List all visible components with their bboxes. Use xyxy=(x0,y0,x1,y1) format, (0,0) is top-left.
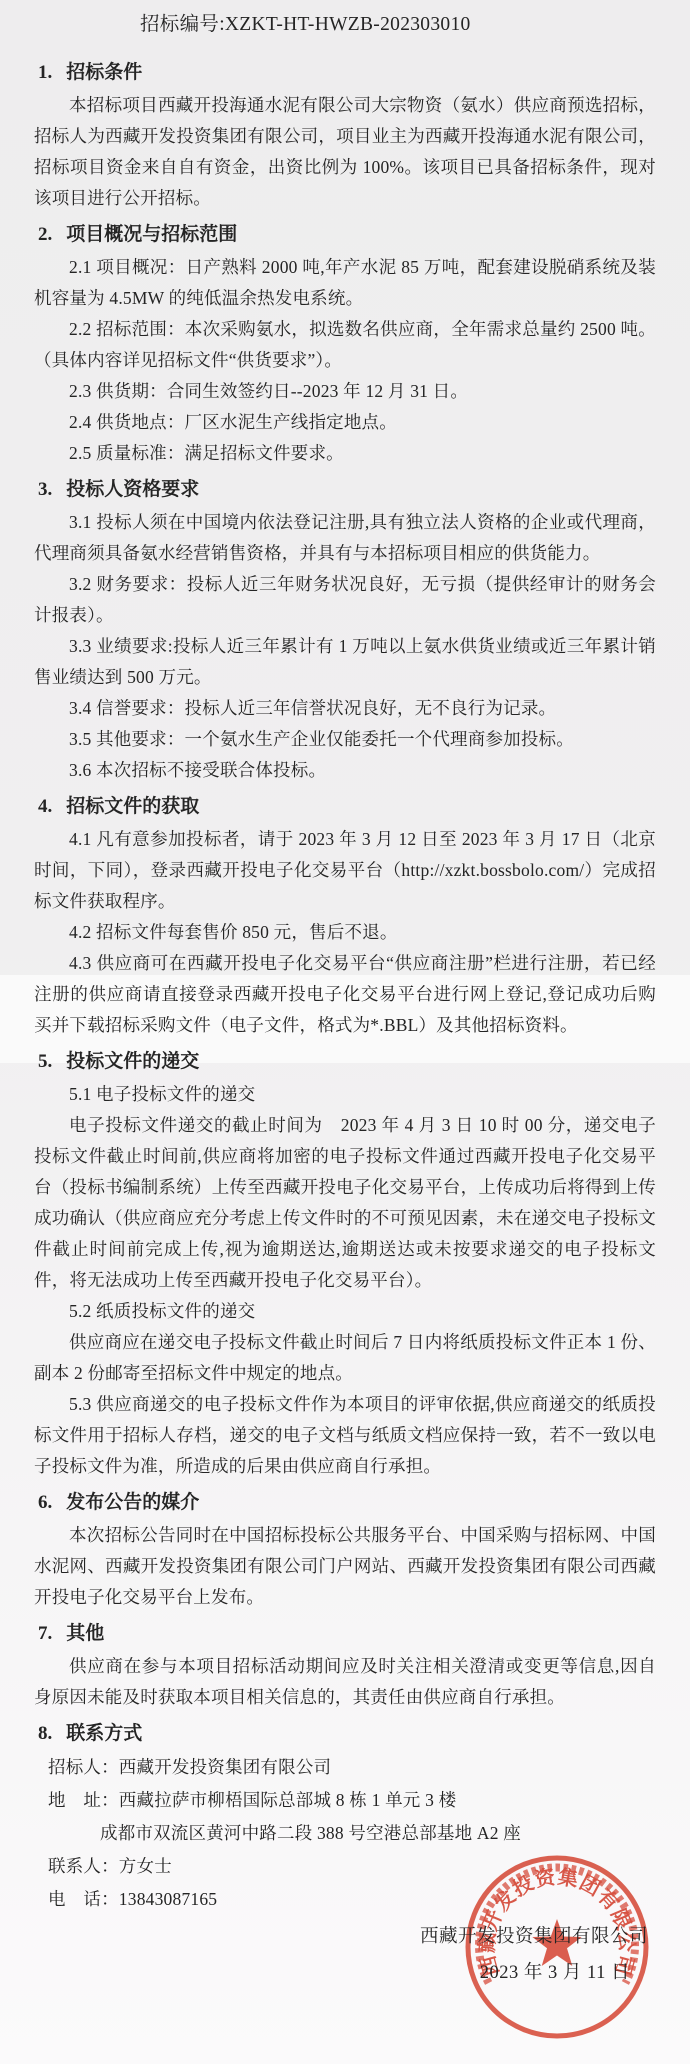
contact-address-line1: 地 址：西藏拉萨市柳梧国际总部城 8 栋 1 单元 3 楼 xyxy=(34,1784,656,1817)
paragraph: 3.1 投标人须在中国境内依法登记注册,具有独立法人资格的企业或代理商，代理商须… xyxy=(34,507,656,569)
paragraph: 本次招标公告同时在中国招标投标公共服务平台、中国采购与招标网、中国水泥网、西藏开… xyxy=(34,1520,656,1613)
paragraph: 2.5 质量标准：满足招标文件要求。 xyxy=(34,438,656,469)
section-title: 招标文件的获取 xyxy=(66,792,199,822)
section-number: 7. xyxy=(38,1619,52,1649)
paragraph: 2.1 项目概况：日产熟料 2000 吨,年产水泥 85 万吨，配套建设脱硝系统… xyxy=(34,252,656,314)
section-title: 投标人资格要求 xyxy=(66,475,199,505)
section-heading: 4. 招标文件的获取 xyxy=(38,792,656,822)
signature-date: 2023 年 3 月 11 日 xyxy=(0,1958,690,1988)
section-heading: 8. 联系方式 xyxy=(38,1719,656,1749)
section-heading: 5. 投标文件的递交 xyxy=(38,1047,656,1077)
section-3: 3. 投标人资格要求 3.1 投标人须在中国境内依法登记注册,具有独立法人资格的… xyxy=(34,475,656,786)
section-number: 6. xyxy=(38,1488,52,1518)
paragraph: 供应商在参与本项目招标活动期间应及时关注相关澄清或变更等信息,因自身原因未能及时… xyxy=(34,1651,656,1713)
section-number: 2. xyxy=(38,220,52,250)
contact-tenderer: 招标人：西藏开发投资集团有限公司 xyxy=(34,1751,656,1784)
paragraph: 电子投标文件递交的截止时间为 2023 年 4 月 3 日 10 时 00 分，… xyxy=(34,1110,656,1296)
paragraph: 3.2 财务要求：投标人近三年财务状况良好，无亏损（提供经审计的财务会计报表）。 xyxy=(34,569,656,631)
section-title: 投标文件的递交 xyxy=(66,1047,199,1077)
paragraph: 4.3 供应商可在西藏开投电子化交易平台“供应商注册”栏进行注册，若已经注册的供… xyxy=(34,948,656,1041)
paragraph: 4.2 招标文件每套售价 850 元，售后不退。 xyxy=(34,917,656,948)
document-title: 招标编号:XZKT-HT-HWZB-202303010 xyxy=(140,12,656,38)
section-title: 其他 xyxy=(66,1619,104,1649)
paragraph: 2.3 供货期：合同生效签约日--2023 年 12 月 31 日。 xyxy=(34,376,656,407)
section-6: 6. 发布公告的媒介 本次招标公告同时在中国招标投标公共服务平台、中国采购与招标… xyxy=(34,1488,656,1613)
section-heading: 7. 其他 xyxy=(38,1619,656,1649)
section-number: 4. xyxy=(38,792,52,822)
section-title: 联系方式 xyxy=(66,1719,142,1749)
paragraph: 5.3 供应商递交的电子投标文件作为本项目的评审依据,供应商递交的纸质投标文件用… xyxy=(34,1389,656,1482)
section-1: 1. 招标条件 本招标项目西藏开投海通水泥有限公司大宗物资（氨水）供应商预选招标… xyxy=(34,58,656,214)
signature-company: 西藏开发投资集团有限公司 xyxy=(0,1922,690,1952)
section-5: 5. 投标文件的递交 5.1 电子投标文件的递交 电子投标文件递交的截止时间为 … xyxy=(34,1047,656,1482)
section-number: 1. xyxy=(38,58,52,88)
paragraph: 3.5 其他要求：一个氨水生产企业仅能委托一个代理商参加投标。 xyxy=(34,724,656,755)
section-title: 发布公告的媒介 xyxy=(66,1488,199,1518)
paragraph: 5.1 电子投标文件的递交 xyxy=(34,1079,656,1110)
paragraph: 2.4 供货地点：厂区水泥生产线指定地点。 xyxy=(34,407,656,438)
section-heading: 3. 投标人资格要求 xyxy=(38,475,656,505)
section-number: 3. xyxy=(38,475,52,505)
paragraph: 3.4 信誉要求：投标人近三年信誉状况良好，无不良行为记录。 xyxy=(34,693,656,724)
paragraph: 供应商应在递交电子投标文件截止时间后 7 日内将纸质投标文件正本 1 份、副本 … xyxy=(34,1327,656,1389)
paragraph: 本招标项目西藏开投海通水泥有限公司大宗物资（氨水）供应商预选招标，招标人为西藏开… xyxy=(34,90,656,214)
paragraph: 5.2 纸质投标文件的递交 xyxy=(34,1296,656,1327)
paragraph: 4.1 凡有意参加投标者，请于 2023 年 3 月 12 日至 2023 年 … xyxy=(34,824,656,917)
document-body: 招标编号:XZKT-HT-HWZB-202303010 1. 招标条件 本招标项… xyxy=(0,0,690,1916)
section-heading: 6. 发布公告的媒介 xyxy=(38,1488,656,1518)
contact-address-line2: 成都市双流区黄河中路二段 388 号空港总部基地 A2 座 xyxy=(34,1817,656,1850)
paragraph: 3.3 业绩要求:投标人近三年累计有 1 万吨以上氨水供货业绩或近三年累计销售业… xyxy=(34,631,656,693)
section-heading: 1. 招标条件 xyxy=(38,58,656,88)
section-2: 2. 项目概况与招标范围 2.1 项目概况：日产熟料 2000 吨,年产水泥 8… xyxy=(34,220,656,469)
paragraph: 3.6 本次招标不接受联合体投标。 xyxy=(34,755,656,786)
section-7: 7. 其他 供应商在参与本项目招标活动期间应及时关注相关澄清或变更等信息,因自身… xyxy=(34,1619,656,1713)
section-heading: 2. 项目概况与招标范围 xyxy=(38,220,656,250)
paragraph: 2.2 招标范围：本次采购氨水，拟选数名供应商，全年需求总量约 2500 吨。（… xyxy=(34,314,656,376)
section-4: 4. 招标文件的获取 4.1 凡有意参加投标者，请于 2023 年 3 月 12… xyxy=(34,792,656,1041)
tender-notice-document: 招标编号:XZKT-HT-HWZB-202303010 1. 招标条件 本招标项… xyxy=(0,0,690,2064)
section-title: 招标条件 xyxy=(66,58,142,88)
section-number: 8. xyxy=(38,1719,52,1749)
signature-block: 西藏开发投资集团有限公司 2023 年 3 月 11 日 xyxy=(0,1922,690,1988)
section-title: 项目概况与招标范围 xyxy=(66,220,237,250)
section-number: 5. xyxy=(38,1047,52,1077)
